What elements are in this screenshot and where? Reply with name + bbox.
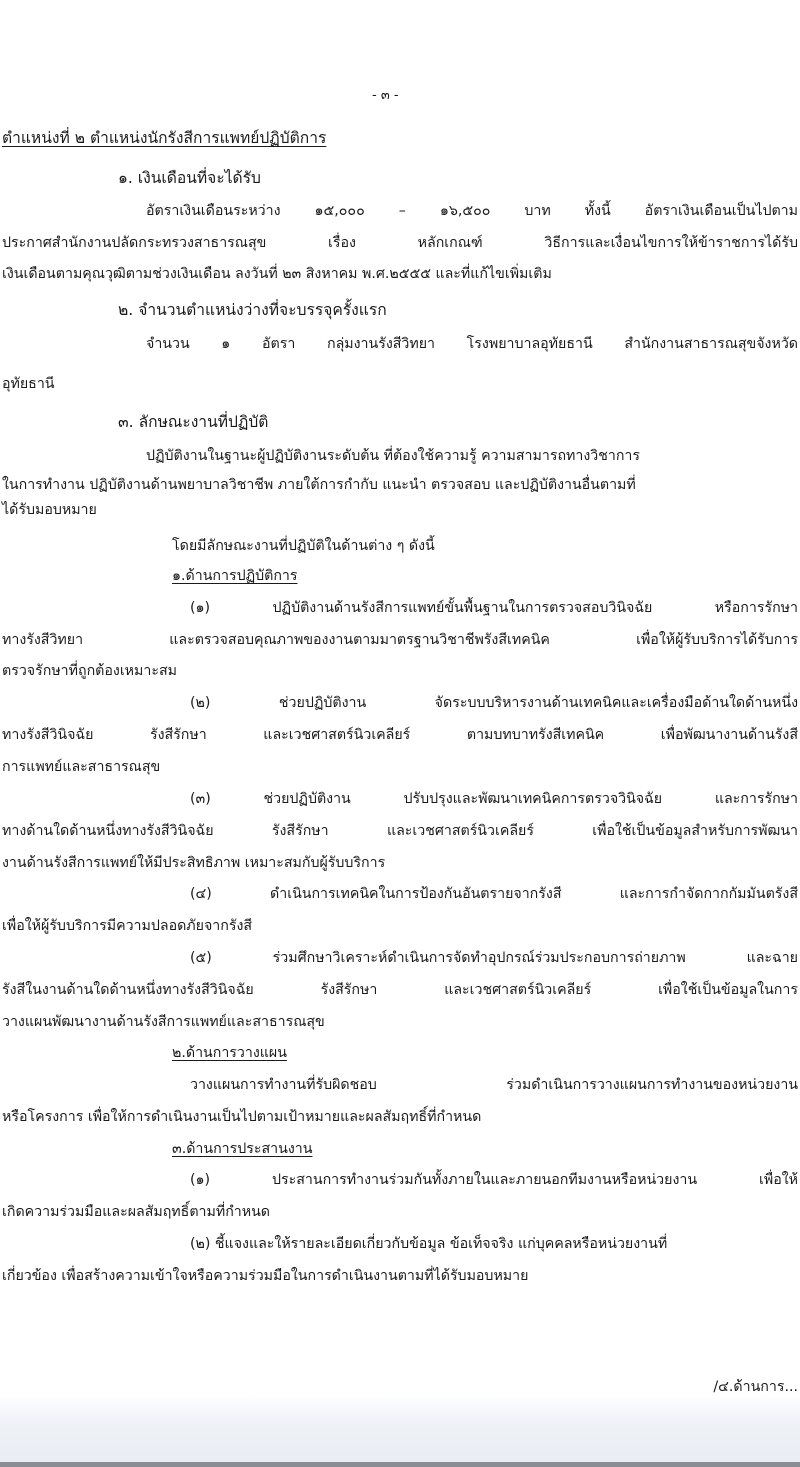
- operations-item-1-line-2: ทางรังสีวิทยา และตรวจสอบคุณภาพของงานตามม…: [2, 630, 798, 650]
- coordination-item-1-line-2: เกิดความร่วมมือและผลสัมฤทธิ์ตามที่กำหนด: [2, 1202, 270, 1222]
- operations-item-3-line-2: ทางด้านใดด้านหนึ่งทางรังสีวินิจฉัย รังสี…: [2, 821, 798, 841]
- planning-line-1: วางแผนการทำงานที่รับผิดชอบ ร่วมดำเนินการ…: [190, 1075, 798, 1095]
- salary-line-3: เงินเดือนตามคุณวุฒิตามช่วงเงินเดือน ลงวั…: [2, 264, 552, 284]
- position-title: ตำแหน่งที่ ๒ ตำแหน่งนักรังสีการแพทย์ปฏิบ…: [2, 128, 326, 148]
- operations-item-2-line-3: การแพทย์และสาธารณสุข: [2, 757, 160, 777]
- coordination-item-2-line-1: (๒) ชี้แจงและให้รายละเอียดเกี่ยวกับข้อมู…: [190, 1234, 667, 1254]
- area-operations-title: ๑.ด้านการปฏิบัติการ: [172, 566, 298, 586]
- operations-item-3-line-3: งานด้านรังสีการแพทย์ให้มีประสิทธิภาพ เหม…: [2, 853, 385, 873]
- vacancy-heading: ๒. จำนวนตำแหน่งว่างที่จะบรรจุครั้งแรก: [118, 300, 387, 320]
- area-coordination-title: ๓.ด้านการประสานงาน: [172, 1139, 312, 1159]
- vacancy-line-1: จำนวน ๑ อัตรา กลุ่มงานรังสีวิทยา โรงพยาบ…: [146, 334, 798, 354]
- duties-heading: ๓. ลักษณะงานที่ปฏิบัติ: [118, 412, 268, 432]
- duties-intro-line-1: ปฏิบัติงานในฐานะผู้ปฏิบัติงานระดับต้น ที…: [146, 446, 640, 466]
- operations-item-5-line-3: วางแผนพัฒนางานด้านรังสีการแพทย์และสาธารณ…: [2, 1012, 325, 1032]
- planning-line-2: หรือโครงการ เพื่อให้การดำเนินงานเป็นไปตา…: [2, 1107, 481, 1127]
- operations-item-3-line-1: (๓) ช่วยปฏิบัติงาน ปรับปรุงและพัฒนาเทคนิ…: [190, 789, 798, 809]
- salary-line-1: อัตราเงินเดือนระหว่าง ๑๕,๐๐๐ – ๑๖,๕๐๐ บา…: [146, 201, 798, 221]
- operations-item-1-line-1: (๑) ปฏิบัติงานด้านรังสีการแพทย์ขั้นพื้นฐ…: [190, 598, 798, 618]
- continuation-marker: /๔.ด้านการ...: [713, 1377, 798, 1397]
- coordination-item-1-line-1: (๑) ประสานการทำงานร่วมกันทั้งภายในและภาย…: [190, 1170, 798, 1190]
- operations-item-4-line-2: เพื่อให้ผู้รับบริการมีความปลอดภัยจากรังส…: [2, 916, 252, 936]
- page-number: - ๓ -: [372, 86, 399, 106]
- operations-item-5-line-1: (๕) ร่วมศึกษาวิเคราะห์ดำเนินการจัดทำอุปก…: [190, 948, 798, 968]
- duties-intro-line-2: ในการทำงาน ปฏิบัติงานด้านพยาบาลวิชาชีพ ภ…: [2, 475, 636, 495]
- page-bottom-edge: [0, 1462, 800, 1467]
- operations-item-2-line-2: ทางรังสีวินิจฉัย รังสีรักษา และเวชศาสตร์…: [2, 725, 798, 745]
- operations-item-2-line-1: (๒) ช่วยปฏิบัติงาน จัดระบบบริหารงานด้านเ…: [190, 693, 798, 713]
- salary-line-2: ประกาศสำนักงานปลัดกระทรวงสาธารณสุข เรื่อ…: [2, 233, 798, 253]
- vacancy-line-2: อุทัยธานี: [2, 374, 55, 394]
- duties-lead-in: โดยมีลักษณะงานที่ปฏิบัติในด้านต่าง ๆ ดัง…: [172, 536, 435, 556]
- operations-item-4-line-1: (๔) ดำเนินการเทคนิคในการป้องกันอันตรายจา…: [190, 884, 798, 904]
- operations-item-1-line-3: ตรวจรักษาที่ถูกต้องเหมาะสม: [2, 661, 177, 681]
- salary-heading: ๑. เงินเดือนที่จะได้รับ: [118, 168, 261, 188]
- area-planning-title: ๒.ด้านการวางแผน: [172, 1043, 287, 1063]
- page-bottom-shadow: [0, 1395, 800, 1467]
- operations-item-5-line-2: รังสีในงานด้านใดด้านหนึ่งทางรังสีวินิจฉั…: [2, 980, 798, 1000]
- duties-intro-line-3: ได้รับมอบหมาย: [2, 500, 97, 520]
- coordination-item-2-line-2: เกี่ยวข้อง เพื่อสร้างความเข้าใจหรือความร…: [2, 1266, 528, 1286]
